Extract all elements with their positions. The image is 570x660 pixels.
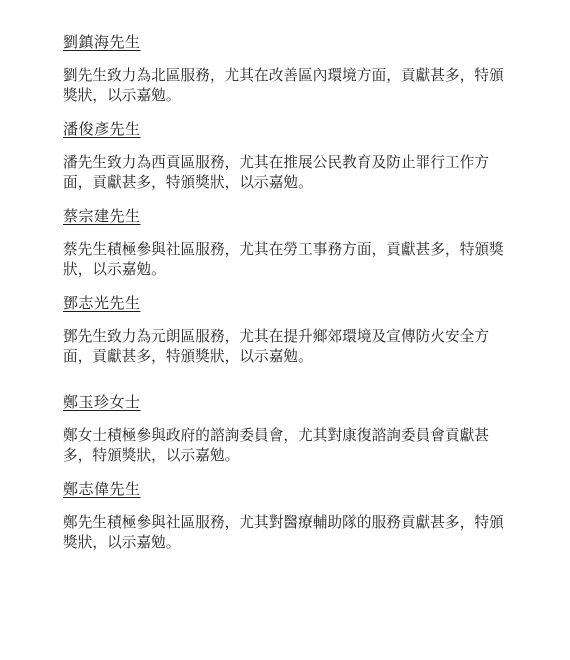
citation-entry: 劉鎮海先生 劉先生致力為北區服務，尤其在改善區內環境方面，貢獻甚多，特頒獎狀，以… xyxy=(63,33,508,106)
recipient-name: 劉鎮海先生 xyxy=(63,33,508,53)
citation-entry: 蔡宗建先生 蔡先生積極參與社區服務，尤其在勞工事務方面，貢獻甚多，特頒獎狀，以示… xyxy=(63,207,508,280)
recipient-name: 鄭志偉先生 xyxy=(63,480,508,500)
citation-entry: 潘俊彥先生 潘先生致力為西貢區服務，尤其在推展公民教育及防止罪行工作方面，貢獻甚… xyxy=(63,120,508,193)
citation-entry: 鄧志光先生 鄧先生致力為元朗區服務，尤其在提升鄉郊環境及宣傳防火安全方面，貢獻甚… xyxy=(63,294,508,367)
citation-text: 鄧先生致力為元朗區服務，尤其在提升鄉郊環境及宣傳防火安全方面，貢獻甚多，特頒獎狀… xyxy=(63,327,508,367)
citation-text: 劉先生致力為北區服務，尤其在改善區內環境方面，貢獻甚多，特頒獎狀，以示嘉勉。 xyxy=(63,66,508,106)
citation-text: 蔡先生積極參與社區服務，尤其在勞工事務方面，貢獻甚多，特頒獎狀，以示嘉勉。 xyxy=(63,240,508,280)
citation-entry: 鄭玉珍女士 鄭女士積極參與政府的諮詢委員會，尤其對康復諮詢委員會貢獻甚多，特頒獎… xyxy=(63,393,508,466)
citation-text: 鄭女士積極參與政府的諮詢委員會，尤其對康復諮詢委員會貢獻甚多，特頒獎狀，以示嘉勉… xyxy=(63,426,508,466)
recipient-name: 鄭玉珍女士 xyxy=(63,393,508,413)
document-page: 劉鎮海先生 劉先生致力為北區服務，尤其在改善區內環境方面，貢獻甚多，特頒獎狀，以… xyxy=(0,0,570,553)
recipient-name: 潘俊彥先生 xyxy=(63,120,508,140)
recipient-name: 蔡宗建先生 xyxy=(63,207,508,227)
citation-entry: 鄭志偉先生 鄭先生積極參與社區服務，尤其對醫療輔助隊的服務貢獻甚多，特頒獎狀，以… xyxy=(63,480,508,553)
citation-text: 潘先生致力為西貢區服務，尤其在推展公民教育及防止罪行工作方面，貢獻甚多，特頒獎狀… xyxy=(63,153,508,193)
recipient-name: 鄧志光先生 xyxy=(63,294,508,314)
citation-text: 鄭先生積極參與社區服務，尤其對醫療輔助隊的服務貢獻甚多，特頒獎狀，以示嘉勉。 xyxy=(63,513,508,553)
